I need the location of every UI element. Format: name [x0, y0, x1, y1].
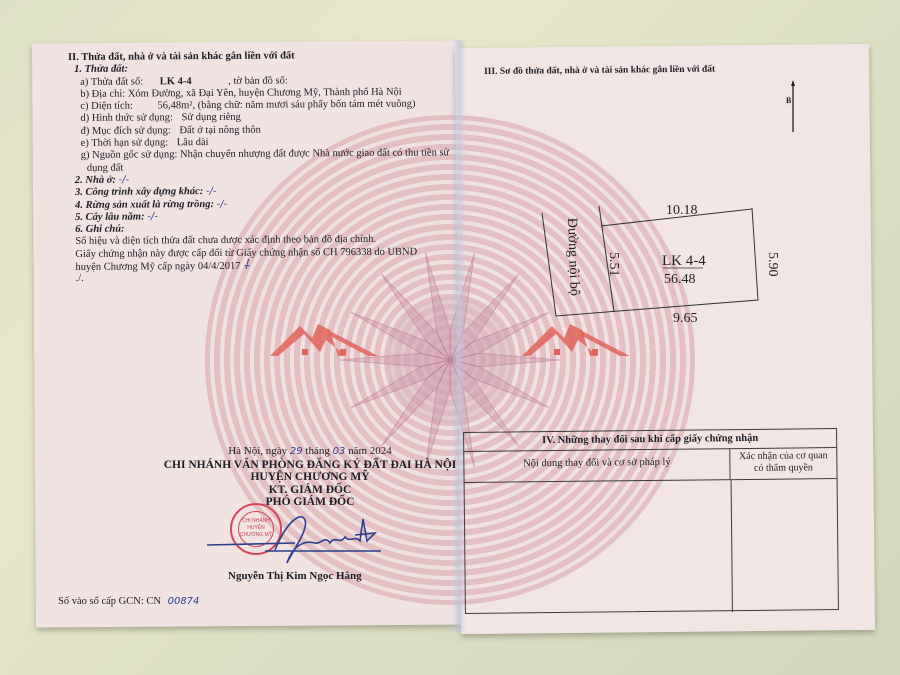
address-value: Xóm Đường, xã Đại Yên, huyện Chương Mỹ, …: [128, 87, 402, 100]
registry-number: Số vào sổ cấp GCN: CN 00874: [58, 596, 199, 608]
signer-name: Nguyễn Thị Kim Ngọc Hằng: [228, 570, 362, 582]
role-line-1: KT. GIÁM ĐỐC: [160, 484, 460, 497]
svg-text:56.48: 56.48: [664, 272, 696, 287]
issue-date: Hà Nội, ngày 29 tháng 03 năm 2024: [160, 445, 460, 459]
svg-text:10.18: 10.18: [666, 203, 698, 218]
svg-text:5.51: 5.51: [606, 252, 621, 277]
changes-table-body: [465, 479, 838, 615]
plot-diagram: 10.18 9.65 LK 4-4 56.48 5.51 5.90 Đường …: [520, 180, 790, 340]
changes-table-header: Nội dung thay đổi và cơ sở pháp lý Xác n…: [464, 448, 836, 483]
svg-text:9.65: 9.65: [673, 311, 698, 326]
column-authority-confirmation: Xác nhận của cơ quan có thẩm quyền: [730, 448, 836, 479]
issuing-district: HUYỆN CHƯƠNG MỸ: [160, 471, 460, 484]
north-label: B: [786, 95, 791, 107]
svg-text:LK 4-4: LK 4-4: [662, 253, 706, 269]
signature-block: Hà Nội, ngày 29 tháng 03 năm 2024 CHI NH…: [160, 445, 460, 509]
initial-mark-icon: ⸸: [243, 258, 249, 273]
svg-text:Đường nội bộ: Đường nội bộ: [564, 218, 582, 296]
land-info-section: II. Thửa đất, nhà ở và tài sản khác gắn …: [68, 49, 450, 285]
parcel-number: LK 4-4: [160, 76, 192, 87]
svg-text:5.90: 5.90: [765, 252, 780, 277]
column-change-content: Nội dung thay đổi và cơ sở pháp lý: [464, 449, 730, 482]
house-logo-icon: [268, 316, 380, 360]
authority-cell: [732, 479, 838, 612]
signature-mark: [205, 505, 385, 565]
area-value: 56,48m², (bằng chữ: năm mươi sáu phẩy bố…: [157, 99, 415, 112]
changes-table: IV. Những thay đổi sau khi cấp giấy chứn…: [463, 428, 839, 614]
issuing-org: CHI NHÁNH VĂN PHÒNG ĐĂNG KÝ ĐẤT ĐAI HÀ N…: [160, 459, 460, 472]
change-content-cell: [465, 480, 733, 615]
section-iii-title: III. Sơ đồ thửa đất, nhà ở và tài sản kh…: [484, 64, 715, 79]
